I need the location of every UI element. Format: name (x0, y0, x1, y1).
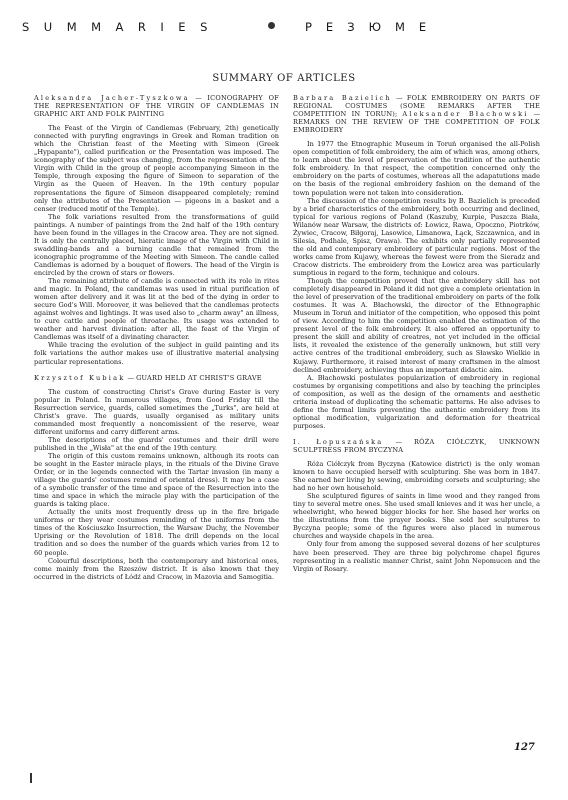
article-embroidery: Barbara Bazielich — FOLK EMBROIDERY ON P… (293, 94, 540, 430)
article-heading: Krzysztof Kubiak — GUARD HELD AT CHRIST'… (34, 374, 279, 382)
paragraph: Colourful descriptions, both the contemp… (34, 557, 279, 581)
article-candlemas: Aleksandra Jacher-Tyszkowa — ICONOGRAPHY… (34, 94, 279, 366)
paragraph: The Feast of the Virgin of Candlemas (Fe… (34, 124, 279, 213)
article-author: Aleksandra Jacher-Tyszkowa (34, 94, 190, 102)
paragraph: A. Błachowski postulates popularization … (293, 374, 540, 430)
article-guard: Krzysztof Kubiak — GUARD HELD AT CHRIST'… (34, 374, 279, 581)
paragraph: Only four from among the supposed severa… (293, 540, 540, 572)
running-head-right: РЕЗЮМЕ (305, 20, 440, 34)
paragraph: Though the competition proved that the e… (293, 277, 540, 374)
article-author: I. Łopuszańska (293, 438, 383, 446)
paragraph: The descriptions of the guards' costumes… (34, 436, 279, 452)
paragraph: Actually the units most frequently dress… (34, 508, 279, 556)
running-head-left: SUMMARIES (22, 20, 222, 34)
paragraph: In 1977 the Etnographic Museum in Toruń … (293, 140, 540, 196)
article-heading: I. Łopuszańska — RÓŻA CIÓŁCZYK, UNKNOWN … (293, 438, 540, 454)
article-sculptress: I. Łopuszańska — RÓŻA CIÓŁCZYK, UNKNOWN … (293, 438, 540, 573)
article-author-2: Aleksander Błachowski (402, 110, 528, 118)
page-number: 127 (514, 742, 535, 753)
article-heading: Barbara Bazielich — FOLK EMBROIDERY ON P… (293, 94, 540, 134)
left-column: Aleksandra Jacher-Tyszkowa — ICONOGRAPHY… (34, 94, 279, 589)
paragraph: The discussion of the competition result… (293, 197, 540, 277)
bullet-separator-icon (268, 22, 275, 29)
scan-mark (30, 773, 32, 783)
paragraph: The remaining attribute of candle is con… (34, 277, 279, 341)
paragraph: The origin of this custom remains unknow… (34, 452, 279, 508)
paragraph: The custom of constructing Christ's Grav… (34, 388, 279, 436)
right-column: Barbara Bazielich — FOLK EMBROIDERY ON P… (293, 94, 540, 581)
article-heading: Aleksandra Jacher-Tyszkowa — ICONOGRAPHY… (34, 94, 279, 118)
section-title: SUMMARY OF ARTICLES (0, 73, 568, 84)
paragraph: While tracing the evolution of the subje… (34, 341, 279, 365)
article-title-2: REMARKS ON THE REVIEW OF THE COMPETITION… (293, 118, 540, 134)
article-author: Barbara Bazielich (293, 94, 392, 102)
article-author: Krzysztof Kubiak (34, 374, 125, 382)
paragraph: She sculptured figures of saints in lime… (293, 492, 540, 540)
paragraph: Róża Ciółczyk from Byczyna (Katowice dis… (293, 460, 540, 492)
running-head: SUMMARIES РЕЗЮМЕ (0, 20, 568, 40)
article-title: GUARD HELD AT CHRIST'S GRAVE (136, 374, 262, 382)
paragraph: The folk variations resulted from the tr… (34, 213, 279, 277)
